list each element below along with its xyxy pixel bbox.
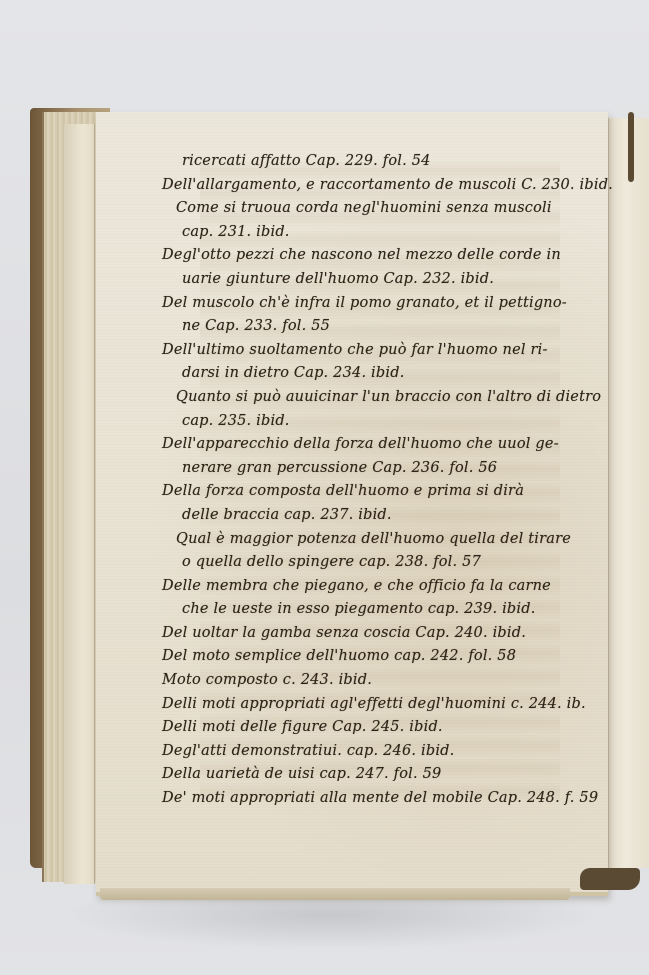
text-line: Degl'atti demonstratiui. cap. 246. ibid. bbox=[160, 740, 580, 764]
text-line: o quella dello spingere cap. 238. fol. 5… bbox=[160, 551, 580, 575]
text-line: delle braccia cap. 237. ibid. bbox=[160, 504, 580, 528]
text-line: Quanto si può auuicinar l'un braccio con… bbox=[160, 386, 580, 410]
page-inner-edge bbox=[64, 124, 95, 884]
text-line: Come si truoua corda negl'huomini senza … bbox=[160, 197, 580, 221]
text-line: Dell'allargamento, e raccortamento de mu… bbox=[160, 174, 580, 198]
text-line: De' moti appropriati alla mente del mobi… bbox=[160, 787, 580, 811]
text-line: Delle membra che piegano, e che officio … bbox=[160, 575, 580, 599]
text-line: ne Cap. 233. fol. 55 bbox=[160, 315, 580, 339]
text-line: che le ueste in esso piegamento cap. 239… bbox=[160, 598, 580, 622]
text-line: uarie giunture dell'huomo Cap. 232. ibid… bbox=[160, 268, 580, 292]
text-line: Moto composto c. 243. ibid. bbox=[160, 669, 580, 693]
text-line: Del moto semplice dell'huomo cap. 242. f… bbox=[160, 645, 580, 669]
facing-page-edge bbox=[608, 118, 649, 868]
binding-tear bbox=[628, 112, 634, 182]
text-line: Degl'otto pezzi che nascono nel mezzo de… bbox=[160, 244, 580, 268]
text-line: Dell'apparecchio della forza dell'huomo … bbox=[160, 433, 580, 457]
binding-clasp bbox=[580, 868, 640, 890]
text-line: Delli moti appropriati agl'effetti degl'… bbox=[160, 693, 580, 717]
text-line: Delli moti delle figure Cap. 245. ibid. bbox=[160, 716, 580, 740]
text-line: cap. 231. ibid. bbox=[160, 221, 580, 245]
text-line: Del muscolo ch'è infra il pomo granato, … bbox=[160, 292, 580, 316]
text-line: Dell'ultimo suoltamento che può far l'hu… bbox=[160, 339, 580, 363]
manuscript-text: ricercati affatto Cap. 229. fol. 54 Dell… bbox=[160, 150, 580, 811]
text-line: nerare gran percussione Cap. 236. fol. 5… bbox=[160, 457, 580, 481]
text-line: Della uarietà de uisi cap. 247. fol. 59 bbox=[160, 763, 580, 787]
text-line: darsi in dietro Cap. 234. ibid. bbox=[160, 362, 580, 386]
text-line: Della forza composta dell'huomo e prima … bbox=[160, 480, 580, 504]
page-bottom-edge bbox=[100, 888, 570, 900]
text-line: cap. 235. ibid. bbox=[160, 410, 580, 434]
text-line: Del uoltar la gamba senza coscia Cap. 24… bbox=[160, 622, 580, 646]
text-line: Qual è maggior potenza dell'huomo quella… bbox=[160, 528, 580, 552]
text-line: ricercati affatto Cap. 229. fol. 54 bbox=[160, 150, 580, 174]
